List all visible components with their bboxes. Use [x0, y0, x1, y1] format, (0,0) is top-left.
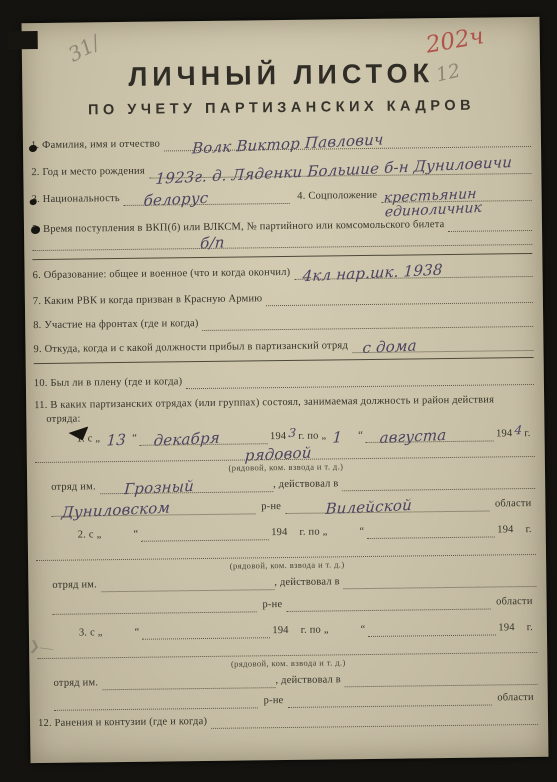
service-1-end: г. — [524, 427, 534, 441]
service-1-oblast: Вилейской — [325, 498, 412, 516]
service-2-end: г. — [525, 523, 535, 537]
field-social-label: 4. Соцположение — [289, 189, 381, 204]
field-wounds-label: 12. Ранения и контузии (где и когда) — [38, 715, 211, 731]
service-1-acted-label: , действовал в — [273, 477, 343, 492]
field-arrival-value: с дома — [362, 338, 417, 355]
service-1-region-row: Дуниловском р-не Вилейской области — [51, 495, 535, 517]
service-3-end: г. — [527, 621, 537, 635]
field-surname: 1. Фамилия, имя и отчество Волк Виктор П… — [31, 131, 531, 153]
scanned-document: 31/ 202ч 12 ЛИЧНЫЙ ЛИСТОК ПО УЧЕТУ ПАРТИ… — [0, 0, 557, 782]
service-3-quote2: “ — [359, 623, 368, 637]
service-2-oblast-label: области — [490, 595, 537, 610]
corner-pencil-mark: 31/ — [64, 30, 104, 67]
service-1-quote: “ — [130, 432, 139, 446]
service-1-quote2: “ — [356, 429, 365, 443]
field-education-line: 4кл нар.шк. 1938 — [294, 261, 532, 280]
service-3-oblast-label: области — [491, 691, 538, 706]
section-divider — [32, 253, 532, 260]
service-2-month-to-line — [366, 521, 495, 539]
service-2-prefix: 2. с „ — [78, 528, 106, 542]
red-archive-number: 202ч — [424, 23, 486, 58]
service-1-otryad: Грозный — [123, 479, 194, 496]
service-2-acted-line — [344, 571, 537, 589]
service-2-mid: г. по „ — [299, 525, 331, 539]
section-divider — [34, 357, 534, 364]
field-nationality-label: 3. Национальность — [32, 192, 124, 207]
field-education: 6. Образование: общее и военное (что и к… — [32, 261, 532, 283]
service-3-mid: г. по „ — [301, 623, 333, 637]
field-units-label-line2: отряда: — [46, 412, 84, 426]
field-party-value: б/п — [200, 235, 225, 250]
service-1-oblast-label: области — [489, 497, 536, 512]
service-2-oblast-line — [286, 594, 490, 612]
field-surname-label: 1. Фамилия, имя и отчество — [31, 137, 164, 153]
field-nationality-line: белорус — [124, 188, 290, 206]
field-birth-value: 1923г. д. Ляденки Большие б-н Дуниловичи — [155, 155, 512, 186]
field-fronts-label: 8. Участие на фронтах (где и когда) — [33, 317, 203, 333]
field-arrival-label: 9. Откуда, когда и с какой должности при… — [33, 339, 352, 357]
service-1-mid: г. по „ — [298, 429, 330, 443]
field-birth-label: 2. Год и место рождения — [31, 165, 149, 180]
service-1-acted-line — [342, 473, 535, 491]
field-nationality-value: белорус — [143, 191, 208, 208]
service-3-district-line — [54, 692, 258, 710]
service-2-quote2: “ — [357, 525, 366, 539]
service-3-quote: “ — [133, 626, 142, 640]
field-surname-line: Волк Виктор Павлович — [164, 131, 531, 151]
service-3-oblast-line — [287, 690, 491, 708]
service-1-district: Дуниловском — [61, 500, 170, 519]
field-wounds-line — [211, 709, 538, 729]
service-3-month-from-line — [141, 622, 270, 640]
field-education-value: 4кл нар.шк. 1938 — [302, 263, 443, 284]
service-2-otryad-row: отряд им. , действовал в — [52, 571, 536, 593]
service-2-year-from: 194 — [269, 526, 290, 540]
service-2-year-to: 194 — [495, 523, 516, 537]
field-fronts: 8. Участие на фронтах (где и когда) — [33, 311, 533, 333]
service-1-oblast-line: Вилейской — [285, 496, 489, 514]
field-rvk-line — [266, 287, 533, 306]
service-3-region-row: р-не области — [54, 689, 538, 711]
service-1-otryad-row: отряд им. Грозный , действовал в — [51, 473, 535, 495]
service-1-otryad-label: отряд им. — [51, 480, 100, 495]
service-3-prefix: 3. с „ — [79, 626, 107, 640]
field-birth: 2. Год и место рождения 1923г. д. Ляденк… — [31, 158, 531, 180]
form-subtitle: ПО УЧЕТУ ПАРТИЗАНСКИХ КАДРОВ — [22, 97, 540, 119]
field-arrival: 9. Откуда, когда и с какой должности при… — [33, 335, 533, 357]
service-1-district-label: р-не — [255, 500, 285, 514]
field-captivity-line — [186, 369, 534, 389]
field-fronts-line — [202, 311, 533, 331]
field-education-label: 6. Образование: общее и военное (что и к… — [33, 266, 295, 283]
field-arrival-line: с дома — [352, 335, 534, 353]
service-1-month-to-line: августа — [365, 425, 494, 443]
field-rvk-label: 7. Каким РВК и когда призван в Красную А… — [33, 292, 267, 309]
service-2-district-label: р-не — [256, 598, 286, 612]
field-rvk: 7. Каким РВК и когда призван в Красную А… — [33, 287, 533, 309]
service-3-year-from: 194 — [270, 624, 291, 638]
service-1-year-to: 194 — [494, 427, 515, 441]
service-2-otryad-line — [101, 574, 275, 592]
service-3-acted-line — [345, 669, 538, 687]
form-title: ЛИЧНЫЙ ЛИСТОК — [22, 57, 540, 94]
service-1-district-line: Дуниловском — [51, 498, 255, 516]
service-2-acted-label: , действовал в — [274, 575, 344, 590]
service-1-year-from: 194 — [268, 430, 289, 444]
scan-notch — [8, 31, 38, 49]
service-2-region-row: р-не области — [53, 593, 537, 615]
field-captivity: 10. Был ли в плену (где и когда) — [34, 369, 534, 391]
paper-sheet: 31/ 202ч 12 ЛИЧНЫЙ ЛИСТОК ПО УЧЕТУ ПАРТИ… — [21, 17, 548, 763]
service-2-district-line — [53, 596, 257, 614]
service-1-position: рядовой — [244, 445, 312, 462]
service-3-otryad-row: отряд им. , действовал в — [53, 669, 537, 691]
service-3-otryad-label: отряд им. — [53, 676, 102, 691]
field-captivity-label: 10. Был ли в плену (где и когда) — [34, 375, 187, 391]
service-3-year-to: 194 — [496, 621, 517, 635]
service-3-acted-label: , действовал в — [275, 673, 345, 688]
service-2-month-from-line — [140, 524, 269, 542]
service-2-quote: “ — [131, 528, 140, 542]
service-1-otryad-line: Грозный — [100, 476, 274, 494]
field-birth-line: 1923г. д. Ляденки Большие б-н Дуниловичи — [149, 158, 532, 179]
service-3-district-label: р-не — [258, 694, 288, 708]
service-2-otryad-label: отряд им. — [52, 578, 101, 593]
field-surname-value: Волк Виктор Павлович — [192, 132, 384, 155]
service-1-month-from-line: декабря — [139, 428, 268, 446]
service-3-otryad-line — [102, 672, 276, 690]
field-wounds: 12. Ранения и контузии (где и когда) — [38, 709, 538, 731]
service-3-month-to-line — [367, 619, 496, 637]
